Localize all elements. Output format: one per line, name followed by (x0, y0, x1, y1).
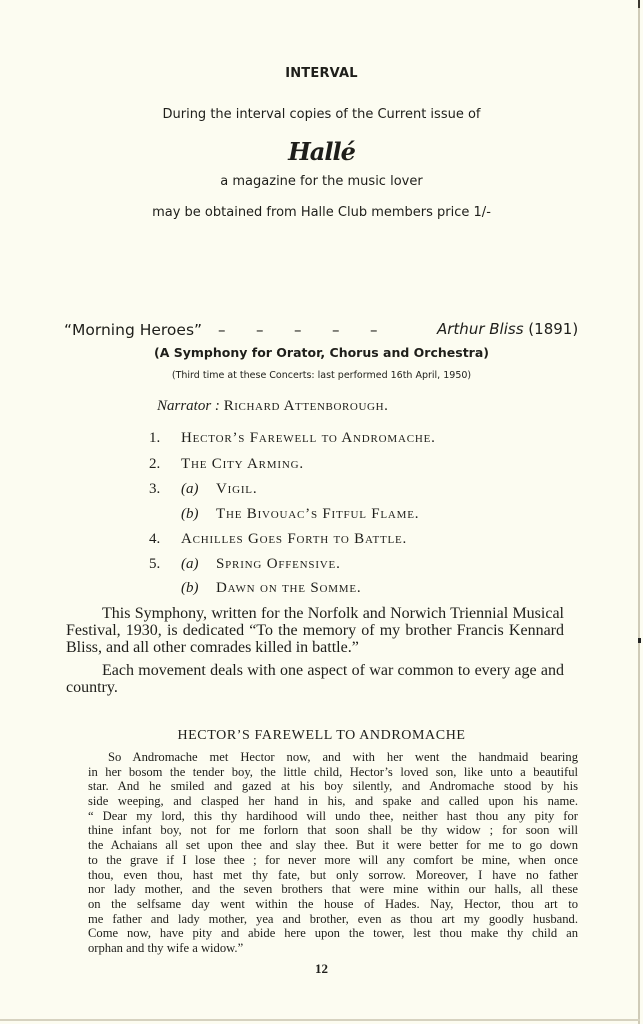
page-number: 12 (0, 961, 643, 977)
text-line: in her bosom the tender boy, the little … (88, 765, 578, 780)
narrator-label: Narrator : (157, 398, 220, 414)
movement-number: 4. (149, 531, 160, 548)
work-subtitle: (A Symphony for Orator, Chorus and Orche… (0, 345, 643, 360)
narrator-line: Narrator : Richard Attenborough. (157, 398, 388, 415)
movement-title: Hector’s Farewell to Andromache. (181, 430, 436, 447)
movement-part-label: (a) (181, 556, 199, 573)
movement-title: The City Arming. (181, 456, 304, 473)
movement-title: Achilles Goes Forth to Battle. (181, 531, 407, 548)
movement-number: 1. (149, 430, 160, 447)
text-line: thou, even thou, hast met thy fate, but … (88, 868, 578, 883)
narrator-name: Richard Attenborough. (224, 398, 389, 414)
movement-part-label: (b) (181, 580, 199, 597)
movement-title: Dawn on the Somme. (216, 580, 361, 597)
dash: – (294, 321, 332, 339)
text-line: me father and lady mother, yea and broth… (88, 912, 578, 927)
interval-text: During the interval copies of the Curren… (0, 107, 643, 122)
dash: – (332, 321, 370, 339)
text-line: star. And he smiled and gazed at his boy… (88, 779, 578, 794)
section-heading: HECTOR’S FAREWELL TO ANDROMACHE (0, 728, 643, 744)
dash: – (370, 321, 408, 339)
composer-year: (1891) (528, 320, 578, 338)
composer-name: Arthur Bliss (437, 320, 524, 338)
text-line: thine infant boy, not for me forlorn tha… (88, 823, 578, 838)
work-title: “Morning Heroes” (64, 321, 202, 339)
movement-number: 2. (149, 456, 160, 473)
movement-part-label: (b) (181, 506, 199, 523)
text-line: “ Dear my lord, this thy hardihood will … (88, 809, 578, 824)
page: INTERVAL During the interval copies of t… (0, 0, 643, 1024)
page-edge-shadow (638, 0, 640, 8)
text-line: the Achaians all set upon thee and slay … (88, 838, 578, 853)
movement-number: 3. (149, 481, 160, 498)
movement-title: Vigil. (216, 481, 257, 498)
performance-note: (Third time at these Concerts: last perf… (0, 370, 643, 381)
magazine-tagline: a magazine for the music lover (0, 174, 643, 189)
movement-title: The Bivouac’s Fitful Flame. (216, 506, 419, 523)
aspect-paragraph: Each movement deals with one aspect of w… (66, 662, 564, 696)
dash: – (256, 321, 294, 339)
dash: – (218, 321, 256, 339)
text-line: Come now, have pity and abide here upon … (88, 926, 578, 941)
text-line: nor lady mother, and the seven brothers … (88, 882, 578, 897)
movement-title: Spring Offensive. (216, 556, 341, 573)
section-body: So Andromache met Hector now, and with h… (88, 750, 578, 956)
page-edge-mark (638, 638, 641, 643)
text-line: to the grave if I lose thee ; for never … (88, 853, 578, 868)
text-line: So Andromache met Hector now, and with h… (88, 750, 578, 765)
dedication-paragraph: This Symphony, written for the Norfolk a… (66, 605, 564, 656)
paragraph: This Symphony, written for the Norfolk a… (66, 605, 564, 656)
halle-magazine-logo: Hallé (0, 137, 643, 166)
text-line: on the selfsame day went within the hous… (88, 897, 578, 912)
movement-number: 5. (149, 556, 160, 573)
paragraph: Each movement deals with one aspect of w… (66, 662, 564, 696)
interval-heading: INTERVAL (0, 66, 643, 81)
movement-part-label: (a) (181, 481, 199, 498)
text-line: side weeping, and clasped her hand in hi… (88, 794, 578, 809)
magazine-price-note: may be obtained from Halle Club members … (0, 205, 643, 220)
composer: Arthur Bliss (1891) (437, 320, 578, 338)
page-edge-bottom (0, 1019, 640, 1021)
text-line: orphan and thy wife a widow.” (88, 941, 578, 956)
leader-dashes: ––––– (218, 321, 418, 339)
